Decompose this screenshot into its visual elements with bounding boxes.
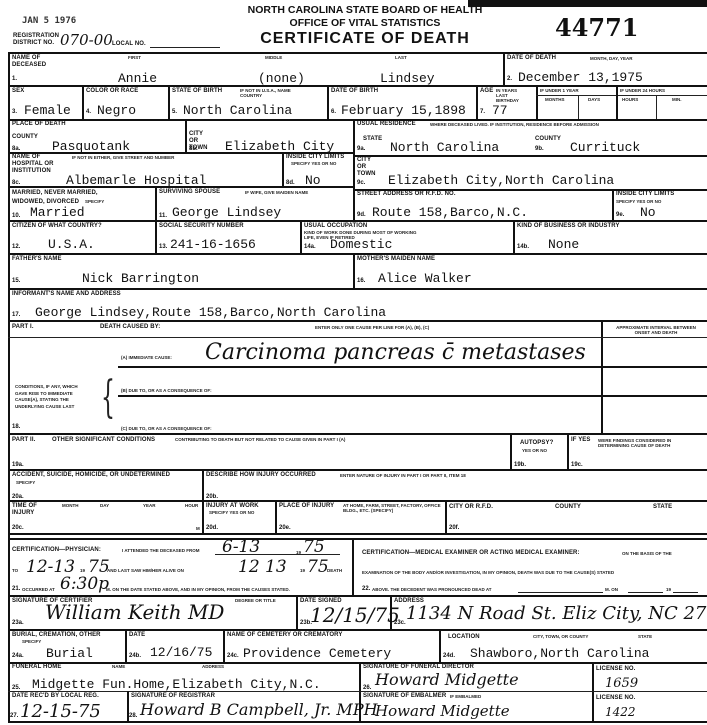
certifier-address-value: 1134 N Road St. Eliz City, NC 27909 [406,603,707,624]
item-number: 9d. [357,212,366,218]
location-label: LOCATION [448,634,480,641]
license-no-label: LICENSE NO. [596,666,635,673]
date-of-death-value: December 13,1975 [518,71,643,85]
director-license-value: 1659 [605,676,638,691]
item-number: 20e. [279,525,291,531]
city-or-town-label: CITY OR TOWN [357,157,379,178]
item-number: 9e. [616,212,624,218]
part-2-label: PART II. [12,437,35,444]
row-divider [8,337,707,338]
usual-residence-hint: WHERE DECEASED LIVED. IF INSTITUTION, RE… [430,122,599,127]
item-number: 24a. [12,653,24,659]
item-number: 28. [129,713,137,719]
race-value: Negro [97,104,136,118]
min-label: MIN. [672,97,682,102]
district-label: DISTRICT NO. [13,40,54,47]
place-of-injury-label: PLACE OF INJURY [279,503,334,510]
divider [536,95,707,96]
row-divider [8,288,707,290]
blank-line [628,592,663,593]
occurred-rest-label: M. ON THE DATE STATED ABOVE, AND IN MY O… [106,587,290,592]
inside-city-limits-hint: SPECIFY YES OR NO [616,199,661,204]
accident-hint: SPECIFY [16,480,35,485]
other-conditions-hint: CONTRIBUTING TO DEATH BUT NOT RELATED TO… [175,437,345,442]
item-number: 24d. [443,653,455,659]
burial-date-label: DATE [129,632,145,639]
medical-examiner-label: CERTIFICATION—MEDICAL EXAMINER OR ACTING… [362,550,580,557]
cemetery-label: NAME OF CEMETERY OR CREMATORY [227,632,342,639]
under-1-year-label: IF UNDER 1 YEAR [540,88,579,93]
item-number: 18. [12,424,20,430]
divider [168,85,170,119]
mother-maiden-name-value: Alice Walker [378,272,472,286]
divider [155,186,157,220]
date-received-label: DATE REC'D BY LOCAL REG. [12,693,99,700]
row-divider [8,595,707,597]
funeral-home-label: FUNERAL HOME [12,664,61,671]
row-divider [8,433,707,435]
surviving-spouse-hint: IF WIFE, GIVE MAIDEN NAME [245,190,308,195]
registration-label: REGISTRATION [13,33,59,40]
citizen-value: U.S.A. [48,238,95,252]
year-prefix: 19 [300,568,305,573]
row-divider [8,629,707,631]
due-to-c-label: (c) DUE TO, OR AS A CONSEQUENCE OF: [121,426,212,431]
divider [327,85,329,119]
funeral-home-address-label: ADDRESS [202,664,224,669]
brace-icon: { [101,372,115,423]
months-label: MONTHS [545,97,565,102]
divider [300,220,302,253]
immediate-cause-value: Carcinoma pancreas c̄ metastases [205,340,586,365]
blank-line [215,554,340,555]
time-of-injury-label: TIME OF INJURY [12,503,42,517]
certifier-signature: William Keith MD [45,600,224,624]
residence-county-value: Currituck [570,141,640,155]
age-value: 77 [492,104,508,118]
row-divider [8,533,707,535]
item-number: 19a. [12,462,24,468]
first-name-value: Annie [118,72,157,86]
embalmer-hint: IF EMBALMED [450,694,481,699]
death-caused-by-label: DEATH CAUSED BY: [100,324,160,331]
divider [616,85,618,119]
ssn-value: 241-16-1656 [170,238,256,252]
last-name-label: LAST [395,55,407,60]
hour-label: HOUR [185,503,198,508]
first-name-label: FIRST [128,55,141,60]
item-number: 17. [12,312,20,318]
state-label: STATE [653,504,672,511]
informant-label: INFORMANT'S NAME AND ADDRESS [12,291,121,298]
item-number: 14a. [304,244,316,250]
row-divider [8,220,707,222]
cause-line-b [118,395,707,397]
divider [612,189,614,220]
me-text-3: ABOVE. THE DECEDENT WAS PRONOUNCED DEAD … [372,587,492,592]
row-divider [353,155,707,157]
me-text-2: EXAMINATION OF THE BODY AND/OR INVESTIGA… [362,570,614,575]
occurred-at-label: OCCURRED AT [22,587,55,592]
divider [503,52,505,85]
middle-name-label: MIDDLE [265,55,282,60]
row-divider [8,691,707,692]
due-to-b-label: (b) DUE TO, OR AS A CONSEQUENCE OF: [121,388,212,393]
attended-label: I ATTENDED THE DECEASED FROM [122,548,200,553]
race-label: COLOR OR RACE [86,88,138,95]
location-hint: CITY, TOWN, OR COUNTY [533,634,588,639]
date-of-death-hint: MONTH, DAY, YEAR [590,56,633,61]
item-number: 2. [507,76,512,82]
embalmer-license-value: 1422 [605,705,636,719]
state-label: STATE [363,136,382,143]
surviving-spouse-value: George Lindsey [172,206,281,220]
injury-at-work-hint: SPECIFY YES OR NO [209,510,254,515]
divider [390,595,392,629]
me-m-on-label: M. ON [605,587,618,592]
autopsy-hint: YES OR NO [522,448,547,453]
certificate-number: 44771 [555,13,639,42]
cause-line-a [118,366,707,368]
item-number: 24c. [227,653,239,659]
divider [125,629,127,662]
degree-label: DEGREE OR TITLE [235,598,276,603]
row-divider [8,253,707,255]
marital-status-value: Married [30,206,85,220]
date-of-death-label: DATE OF DEATH [507,55,556,62]
m-label: M [196,526,200,531]
local-no-label: LOCAL NO. [112,41,146,48]
burial-hint: SPECIFY [22,639,41,644]
embalmer-signature-label: SIGNATURE OF EMBALMER [363,693,446,700]
name-label-1: NAME OF [12,55,40,62]
surviving-spouse-label: SURVIVING SPOUSE [159,189,220,196]
business-label: KIND OF BUSINESS OR INDUSTRY [517,223,620,230]
last-saw-value: 12 13 [238,557,287,577]
header-black-bar [468,0,707,7]
usual-occupation-label: USUAL OCCUPATION [304,223,367,230]
board-name: NORTH CAROLINA STATE BOARD OF HEALTH [240,4,490,16]
year-prefix: 19 [80,568,85,573]
divider [353,253,355,288]
item-number: 5. [172,109,177,115]
divider [296,595,298,629]
street-address-label: STREET ADDRESS OR R.F.D. No. [357,191,456,198]
state-of-birth-label: STATE OF BIRTH [172,88,222,95]
divider [476,85,478,119]
last-saw-label: AND LAST SAW HIM/HER ALIVE ON [107,568,184,573]
under-24-hours-label: IF UNDER 24 HOURS [620,88,665,93]
funeral-director-signature: Howard Midgette [375,670,519,689]
divider [282,152,284,187]
item-number: 4. [86,109,91,115]
occurred-time-value: 6:30p [60,574,109,594]
name-label-2: DECEASED [12,62,46,69]
row-divider [8,500,707,502]
county-label: COUNTY [555,504,581,511]
day-label: DAY [100,503,109,508]
business-value: None [548,238,579,252]
place-of-death-label: PLACE OF DEATH [12,121,66,128]
citizen-label: CITIZEN OF WHAT COUNTRY? [12,223,102,230]
cemetery-value: Providence Cemetery [243,647,391,661]
usual-occupation-value: Domestic [330,238,392,252]
funeral-home-name-label: NAME [112,664,125,669]
burial-date-value: 12/16/75 [150,646,212,660]
date-of-birth-label: DATE OF BIRTH [331,88,378,95]
burial-label: BURIAL, CREMATION, OTHER [12,632,101,639]
me-text-1: ON THE BASIS OF THE [622,551,672,556]
item-number: 9c. [357,180,365,186]
city-or-rfd-label: CITY OR R.F.D. [449,504,493,511]
place-of-injury-hint: AT HOME, FARM, STREET, FACTORY, OFFICE B… [343,503,443,513]
describe-injury-label: DESCRIBE HOW INJURY OCCURRED [206,472,316,479]
item-number: 12. [12,244,20,250]
inside-city-limits-hint: SPECIFY YES OR NO [291,161,336,166]
father-name-label: FATHER'S NAME [12,256,62,263]
local-no-line [150,47,220,48]
item-number: 24b. [129,653,141,659]
divider [439,629,441,662]
other-conditions-label: OTHER SIGNIFICANT CONDITIONS [52,437,155,444]
hospital-label: NAME OF HOSPITAL OR INSTITUTION [12,154,72,175]
divider [185,119,187,153]
accident-label: ACCIDENT, SUICIDE, HOMICIDE, OR UNDETERM… [12,472,170,479]
divider [592,662,594,722]
residence-state-value: North Carolina [390,141,499,155]
page-title: CERTIFICATE OF DEATH [230,30,500,48]
received-stamp: JAN 5 1976 [22,16,76,26]
month-label: MONTH [62,503,79,508]
location-state-hint: STATE [638,634,652,639]
item-number: 6. [331,109,336,115]
state-of-birth-value: North Carolina [183,104,292,118]
to-label: TO [12,568,18,573]
item-number: 1. [12,76,17,82]
item-number: 20c. [12,525,24,531]
sex-value: Female [24,104,71,118]
embalmer-signature: Howard Midgette [375,702,510,720]
death-label: DEATH [327,568,342,573]
mother-maiden-name-label: MOTHER'S MAIDEN NAME [357,256,435,263]
section-divider [8,538,707,540]
item-number: 7. [480,109,485,115]
item-number: 19b. [514,462,526,468]
immediate-cause-label: (a) IMMEDIATE CAUSE: [121,355,172,360]
state-of-birth-hint: IF NOT IN U.S.A., NAME COUNTRY [240,88,310,98]
item-number: 14b. [517,244,529,250]
father-name-value: Nick Barrington [82,272,199,286]
registration-district-value: 070-00 [60,31,113,49]
date-signed-value: 12/15/75 [310,603,400,627]
middle-name-value: (none) [258,72,305,86]
age-hint: IN YEARS LAST BIRTHDAY [496,88,530,103]
item-number: 27. [10,713,18,719]
usual-residence-label: USUAL RESIDENCE [357,121,416,128]
describe-injury-hint: ENTER NATURE OF INJURY IN PART I OR PART… [340,473,466,478]
item-number: 11. [159,213,167,219]
item-number: 19c. [571,462,583,468]
item-number: 15. [12,278,20,284]
marital-status-hint: SPECIFY [85,199,104,204]
interval-label: APPROXIMATE INTERVAL BETWEEN ONSET AND D… [610,325,702,335]
divider [510,433,512,469]
residence-street-value: Route 158,Barco,N.C. [372,206,528,220]
row-divider [8,186,353,188]
item-number: 9a. [357,146,365,152]
injury-at-work-label: INJURY AT WORK [206,503,259,510]
item-number: 10. [12,213,20,219]
days-label: DAYS [588,97,600,102]
hospital-hint: IF NOT IN EITHER, GIVE STREET AND NUMBER [72,155,174,160]
registrar-signature: Howard B Campbell, Jr. MPH [140,700,378,719]
divider [445,500,447,533]
age-label: AGE [480,88,493,95]
divider [656,95,657,119]
item-number: 13. [159,244,167,250]
office-name: OFFICE OF VITAL STATISTICS [240,17,490,29]
item-number: 20d. [206,525,218,531]
divider [578,95,579,119]
date-received-value: 12-15-75 [20,701,101,722]
divider [82,85,84,119]
item-number: 3. [12,109,17,115]
burial-value: Burial [46,647,93,661]
item-number: 22. [362,586,370,592]
row-divider [8,85,707,87]
blank-line [673,592,698,593]
county-label: COUNTY [12,134,38,141]
date-of-birth-value: February 15,1898 [341,104,466,118]
divider [567,433,569,469]
frame-top [8,52,707,54]
part-1-label: PART I. [12,324,34,331]
divider [513,220,515,253]
county-label: COUNTY [535,136,561,143]
year-label: YEAR [143,503,156,508]
residence-city-value: Elizabeth City,North Carolina [388,174,614,188]
item-number: 23a. [12,620,24,626]
residence-inside-city-value: No [640,206,656,220]
year-prefix: 19 [666,587,671,592]
blank-line [518,592,603,593]
row-divider [8,469,707,471]
hours-label: HOURS [622,97,638,102]
inside-city-limits-label: INSIDE CITY LIMITS [286,154,344,161]
divider [353,119,355,220]
divider [275,500,277,533]
registrar-signature-label: SIGNATURE OF REGISTRAR [131,693,215,700]
divider [155,220,157,253]
last-name-value: Lindsey [380,72,435,86]
ssn-label: SOCIAL SECURITY NUMBER [159,223,244,230]
informant-value: George Lindsey,Route 158,Barco,North Car… [35,306,386,320]
location-value: Shawboro,North Carolina [470,647,649,661]
inside-city-limits-label: INSIDE CITY LIMITS [616,191,674,198]
autopsy-label: AUTOPSY? [520,440,553,447]
item-number: 23c. [394,620,406,626]
if-yes-hint: WERE FINDINGS CONSIDERED IN DETERMINING … [598,438,703,448]
physician-certification-label: CERTIFICATION—PHYSICIAN: [12,547,101,554]
conditions-label: CONDITIONS, IF ANY, WHICH GAVE RISE TO I… [15,384,90,410]
license-no-label: LICENSE NO. [596,695,635,702]
frame-bottom [8,721,707,723]
divider [352,538,354,595]
last-saw-year: 75 [307,557,329,577]
cause-instruction: ENTER ONLY ONE CAUSE PER LINE FOR (a), (… [315,325,429,330]
sex-label: SEX [12,88,24,95]
divider [536,85,538,119]
item-number: 9b. [535,146,544,152]
item-number: 21. [12,586,20,592]
if-yes-label: IF YES [571,437,591,444]
item-number: 20f. [449,525,459,531]
item-number: 16. [357,278,365,284]
funeral-home-value: Midgette Fun.Home,Elizabeth City,N.C. [32,678,321,692]
divider [223,629,225,662]
